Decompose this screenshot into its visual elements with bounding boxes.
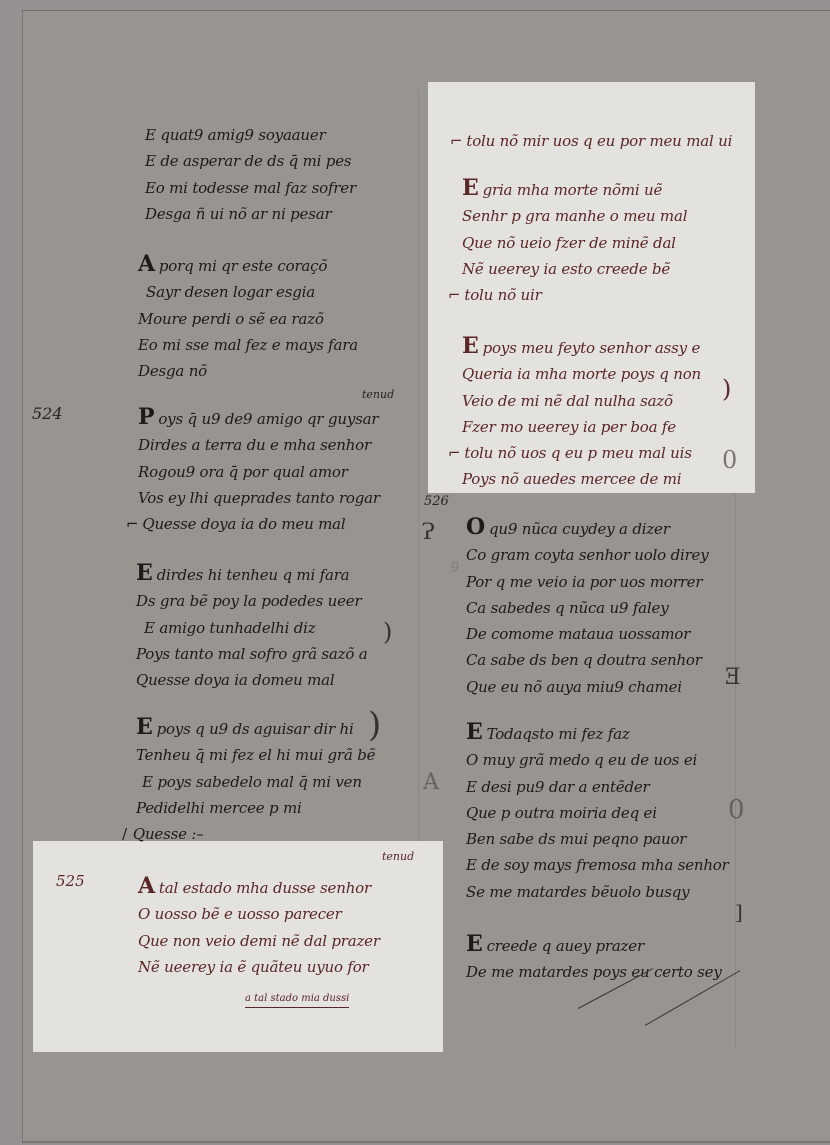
verse-line: Nẽ ueerey ia esto creede bẽ [462,256,687,282]
verse-line: Veio de mi nẽ dal nulha sazõ [462,388,701,414]
bracket-mark: ) [383,618,392,646]
verse-line: O uosso bẽ e uosso parecer [138,901,380,927]
verse-line: Moure perdi o sẽ ea razõ [138,306,358,332]
initial-letter: P [138,404,154,430]
bracket-mark: ] [735,900,743,924]
initial-letter: E [136,560,153,586]
verse-line: tal estado mha dusse senhor [159,879,371,897]
poem-number: 524 [32,404,63,423]
verse-line: Quesse doya ia domeu mal [136,667,367,693]
refrain-mark-icon: ⌐ [450,132,462,150]
refrain-line: ⌐Quesse doya ia do meu mal [126,511,380,537]
bracket-mark: 0 [722,446,737,474]
verse-line: Nẽ ueerey ia ẽ quãteu uyuo for [138,954,380,980]
verse-line: gria mha morte nõmi uẽ [483,181,663,199]
initial-letter: E [466,719,483,745]
verse-line: oys q̄ u9 de9 amigo qr guysar [158,410,378,428]
verse-line: Desga ñ ui nõ ar ni pesar [145,201,356,227]
verse-line: Todaqsto mi fez faz [487,725,630,743]
bracket-mark: ) [722,375,731,403]
refrain-line: ⌐tolu nõ uir [448,282,687,308]
refrain-line: /Quesse :– [122,821,375,847]
verse-line: tolu nõ uos q eu p meu mal uis [464,444,691,462]
stanza-left-3: Poys q̄ u9 de9 amigo qr guysar Dirdes a … [138,404,380,537]
initial-letter: E [136,714,153,740]
stanza-right-1: Oqu9 nũca cuydey a dizer Co gram coyta s… [466,514,709,700]
bracket-mark: Ǝ [725,665,741,690]
show-through-text: ꝯ [450,555,458,574]
verse-line: poys meu feyto senhor assy e [483,339,701,357]
catchword: a tal stado mia dussi [245,993,349,1008]
verse-line: Eo mi todesse mal faz sofrer [145,175,356,201]
initial-letter: E [462,333,479,359]
stanza-highlighted-top-2: Epoys meu feyto senhor assy e Queria ia … [462,333,701,493]
verse-line: Co gram coyta senhor uolo direy [466,542,709,568]
verse-line: creede q auey prazer [487,937,644,955]
initial-letter: E [466,931,483,957]
marginal-note: tenud [382,850,414,863]
refrain-mark-icon: ⌐ [448,444,460,462]
bracket-mark: 0 [728,795,745,825]
verse-line: Quesse doya ia do meu mal [142,515,345,533]
verse-line: E quat9 amig9 soyaauer [145,122,356,148]
stanza-right-2: ETodaqsto mi fez faz O muy grã medo q eu… [466,719,729,905]
verse-line: Poys nõ auedes mercee de mi [462,466,701,492]
refrain-line: ⌐tolu nõ mir uos q eu por meu mal ui [450,128,732,154]
verse-line: E de soy mays fremosa mha senhor [466,852,729,878]
verse-line: Que non veio demi nẽ dal prazer [138,928,380,954]
marginal-note: tenud [362,388,394,401]
refrain-line: ⌐tolu nõ uos q eu p meu mal uis [448,440,701,466]
verse-line: Que eu nõ auya miu9 chamei [466,674,709,700]
verse-line: Ben sabe ds mui peqno pauor [466,826,729,852]
show-through-initial: A [423,770,439,795]
stanza-right-3: Ecreede q auey prazer De me matardes poy… [466,931,722,986]
stanza-left-5: Epoys q u9 ds aguisar dir hi Tenheu q̄ m… [136,714,375,847]
verse-line: E poys sabedelo mal q̄ mi ven [136,769,375,795]
stanza-left-4: Edirdes hi tenheu q mi fara Ds gra bẽ po… [136,560,367,693]
verse-line: Por q me veio ia por uos morrer [466,569,709,595]
initial-letter: A [138,873,155,899]
verse-line: Que p outra moiria deq ei [466,800,729,826]
verse-line: Ca sabedes q nũca u9 faley [466,595,709,621]
stanza-left-2: Aporq mi qr este coraçõ Sayr desen logar… [138,251,358,384]
verse-line: tolu nõ uir [464,286,541,304]
verse-line: Poys tanto mal sofro grã sazõ a [136,641,367,667]
verse-line: Quesse :– [133,825,204,843]
verse-line: Ds gra bẽ poy la podedes ueer [136,588,367,614]
poem-number: 525 [56,872,85,890]
verse-line: Eo mi sse mal fez e mays fara [138,332,358,358]
verse-line: poys q u9 ds aguisar dir hi [157,720,354,738]
verse-line: Tenheu q̄ mi fez el hi mui grã bẽ [136,742,375,768]
poem-number: 526 [424,494,449,509]
verse-line: qu9 nũca cuydey a dizer [489,520,670,538]
verse-line: Pedidelhi mercee p mi [136,795,375,821]
verse-line: porq mi qr este coraçõ [159,257,327,275]
verse-line: Ca sabe ds ben q doutra senhor [466,647,709,673]
verse-line: De me matardes poys eu certo sey [466,959,722,985]
refrain-mark-icon: / [122,825,127,843]
verse-line: tolu nõ mir uos q eu por meu mal ui [466,132,732,150]
verse-line: E de asperar de ds q̄ mi pes [145,148,356,174]
verse-line: Vos ey lhi queprades tanto rogar [138,485,380,511]
verse-line: O muy grã medo q eu de uos ei [466,747,729,773]
stanza-left-1: E quat9 amig9 soyaauer E de asperar de d… [145,122,356,227]
verse-line: Senhr p gra manhe o meu mal [462,203,687,229]
verse-line: De comome mataua uossamor [466,621,709,647]
refrain-mark-icon: ⌐ [126,515,138,533]
verse-line: Queria ia mha morte poys q non [462,361,701,387]
bracket-mark: ) [368,705,381,745]
verse-line: Desga nõ [138,358,358,384]
verse-line: E desi pu9 dar a entẽder [466,774,729,800]
verse-line: Rogou9 ora q̄ por qual amor [138,459,380,485]
verse-line: Que nõ ueio fzer de minẽ dal [462,230,687,256]
bracket-mark: Ɂ [422,520,435,545]
initial-letter: A [138,251,155,277]
verse-line: Fzer mo ueerey ia per boa fe [462,414,701,440]
verse-line: Se me matardes bẽuolo busqy [466,879,729,905]
initial-letter: E [462,175,479,201]
verse-line: Dirdes a terra du e mha senhor [138,432,380,458]
initial-letter: O [466,514,485,540]
verse-line: dirdes hi tenheu q mi fara [157,566,350,584]
verse-line: Sayr desen logar esgia [138,279,358,305]
stanza-highlighted-bottom: Atal estado mha dusse senhor O uosso bẽ … [138,873,380,980]
refrain-top: ⌐tolu nõ mir uos q eu por meu mal ui [450,128,732,154]
stanza-highlighted-top-1: Egria mha morte nõmi uẽ Senhr p gra manh… [462,175,687,308]
refrain-mark-icon: ⌐ [448,286,460,304]
verse-line: E amigo tunhadelhi diz [136,615,367,641]
